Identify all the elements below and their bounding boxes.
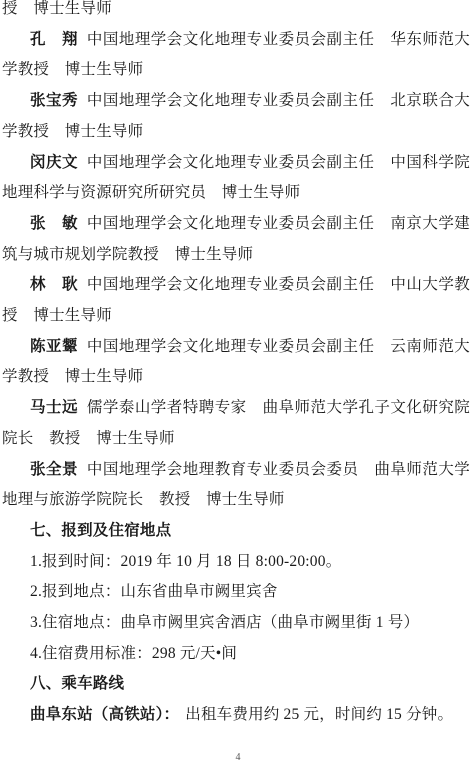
member-name: 马士远 <box>30 399 78 416</box>
member-entry: 张宝秀中国地理学会文化地理专业委员会副主任 北京联合大学教授 博士生导师 <box>2 86 470 147</box>
member-entry: 闵庆文中国地理学会文化地理专业委员会副主任 中国科学院地理科学与资源研究所研究员… <box>2 148 470 209</box>
member-entry: 孔 翔中国地理学会文化地理专业委员会副主任 华东师范大学教授 博士生导师 <box>2 25 470 86</box>
document-page: 授 博士生导师 孔 翔中国地理学会文化地理专业委员会副主任 华东师范大学教授 博… <box>0 0 476 768</box>
continuation-text: 授 博士生导师 <box>2 0 470 25</box>
member-name: 陈亚颦 <box>30 338 78 355</box>
member-entry: 张 敏中国地理学会文化地理专业委员会副主任 南京大学建筑与城市规划学院教授 博士… <box>2 209 470 270</box>
member-name: 张 敏 <box>30 215 78 232</box>
member-name: 张全景 <box>30 461 78 478</box>
page-number: 4 <box>0 752 476 763</box>
checkin-item-place: 2.报到地点：山东省曲阜市阙里宾舍 <box>2 577 470 608</box>
page-body-text: 授 博士生导师 孔 翔中国地理学会文化地理专业委员会副主任 华东师范大学教授 博… <box>2 0 470 731</box>
station-label: 曲阜东站（高铁站）： <box>30 706 179 723</box>
member-entry: 林 耿中国地理学会文化地理专业委员会副主任 中山大学教授 博士生导师 <box>2 270 470 331</box>
member-entry: 张全景中国地理学会地理教育专业委员会委员 曲阜师范大学地理与旅游学院院长 教授 … <box>2 455 470 516</box>
checkin-item-lodging: 3.住宿地点：曲阜市阙里宾舍酒店（曲阜市阙里街 1 号） <box>2 608 470 639</box>
section-heading-transport: 八、乘车路线 <box>2 669 470 700</box>
station-directions: 出租车费用约 25 元，时间约 15 分钟。 <box>185 706 453 723</box>
section-heading-checkin: 七、报到及住宿地点 <box>2 516 470 547</box>
checkin-item-time: 1.报到时间：2019 年 10 月 18 日 8:00-20:00。 <box>2 547 470 578</box>
member-entry: 马士远儒学泰山学者特聘专家 曲阜师范大学孔子文化研究院院长 教授 博士生导师 <box>2 393 470 454</box>
member-name: 林 耿 <box>30 276 78 293</box>
member-name: 张宝秀 <box>30 92 78 109</box>
member-name: 孔 翔 <box>30 31 78 48</box>
member-name: 闵庆文 <box>30 154 78 171</box>
checkin-item-fee: 4.住宿费用标准：298 元/天•间 <box>2 639 470 670</box>
member-entry: 陈亚颦中国地理学会文化地理专业委员会副主任 云南师范大学教授 博士生导师 <box>2 332 470 393</box>
transport-route: 曲阜东站（高铁站）：出租车费用约 25 元，时间约 15 分钟。 <box>2 700 470 731</box>
